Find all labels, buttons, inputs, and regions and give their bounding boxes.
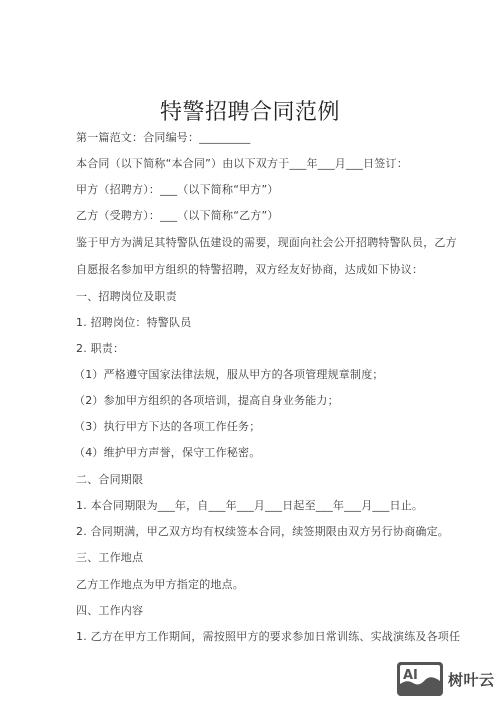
contract-intro-line: 本合同（以下简称“本合同”）由以下双方于___年___月___日签订： xyxy=(76,157,408,171)
document-title: 特警招聘合同范例 xyxy=(0,99,500,127)
clause-2-2: 2. 合同期满，甲乙双方均有权续签本合同，续签期限由双方另行协商确定。 xyxy=(76,525,449,539)
watermark: AI 树叶云 xyxy=(397,662,495,696)
clause-1-2: 2. 职责： xyxy=(76,342,124,356)
clause-2-1: 1. 本合同期限为___年，自___年___月___日起至___年___月___… xyxy=(76,499,423,513)
contract-number-line: 第一篇范文：合同编号：_________ xyxy=(76,131,251,145)
section-heading-2: 二、合同期限 xyxy=(76,473,143,487)
party-b-line: 乙方（受聘方）：___（以下简称“乙方”） xyxy=(76,209,279,223)
section-heading-3: 三、工作地点 xyxy=(76,551,143,565)
preamble-line-1: 鉴于甲方为满足其特警队伍建设的需要，现面向社会公开招聘特警队员，乙方 xyxy=(76,236,457,250)
duty-item-4: （4）维护甲方声誉，保守工作秘密。 xyxy=(74,446,260,460)
section-heading-1: 一、招聘岗位及职责 xyxy=(76,290,177,304)
party-a-line: 甲方（招聘方）：___（以下简称“甲方”） xyxy=(76,183,279,197)
document-page: 特警招聘合同范例 第一篇范文：合同编号：_________ 本合同（以下简称“本… xyxy=(0,0,500,707)
watermark-brand-text: 树叶云 xyxy=(448,669,495,690)
section-heading-4: 四、工作内容 xyxy=(76,604,143,618)
ai-image-logo-icon: AI xyxy=(397,662,443,696)
duty-item-2: （2）参加甲方组织的各项培训，提高自身业务能力； xyxy=(74,394,339,408)
svg-text:AI: AI xyxy=(403,668,418,683)
clause-3: 乙方工作地点为甲方指定的地点。 xyxy=(76,578,244,592)
clause-1-1: 1. 招聘岗位：特警队员 xyxy=(76,316,191,330)
clause-4-1: 1. 乙方在甲方工作期间，需按照甲方的要求参加日常训练、实战演练及各项任 xyxy=(76,630,460,644)
duty-item-1: （1）严格遵守国家法律法规，服从甲方的各项管理规章制度； xyxy=(74,368,384,382)
preamble-line-2: 自愿报名参加甲方组织的特警招聘，双方经友好协商，达成如下协议： xyxy=(76,263,423,277)
duty-item-3: （3）执行甲方下达的各项工作任务； xyxy=(74,420,260,434)
